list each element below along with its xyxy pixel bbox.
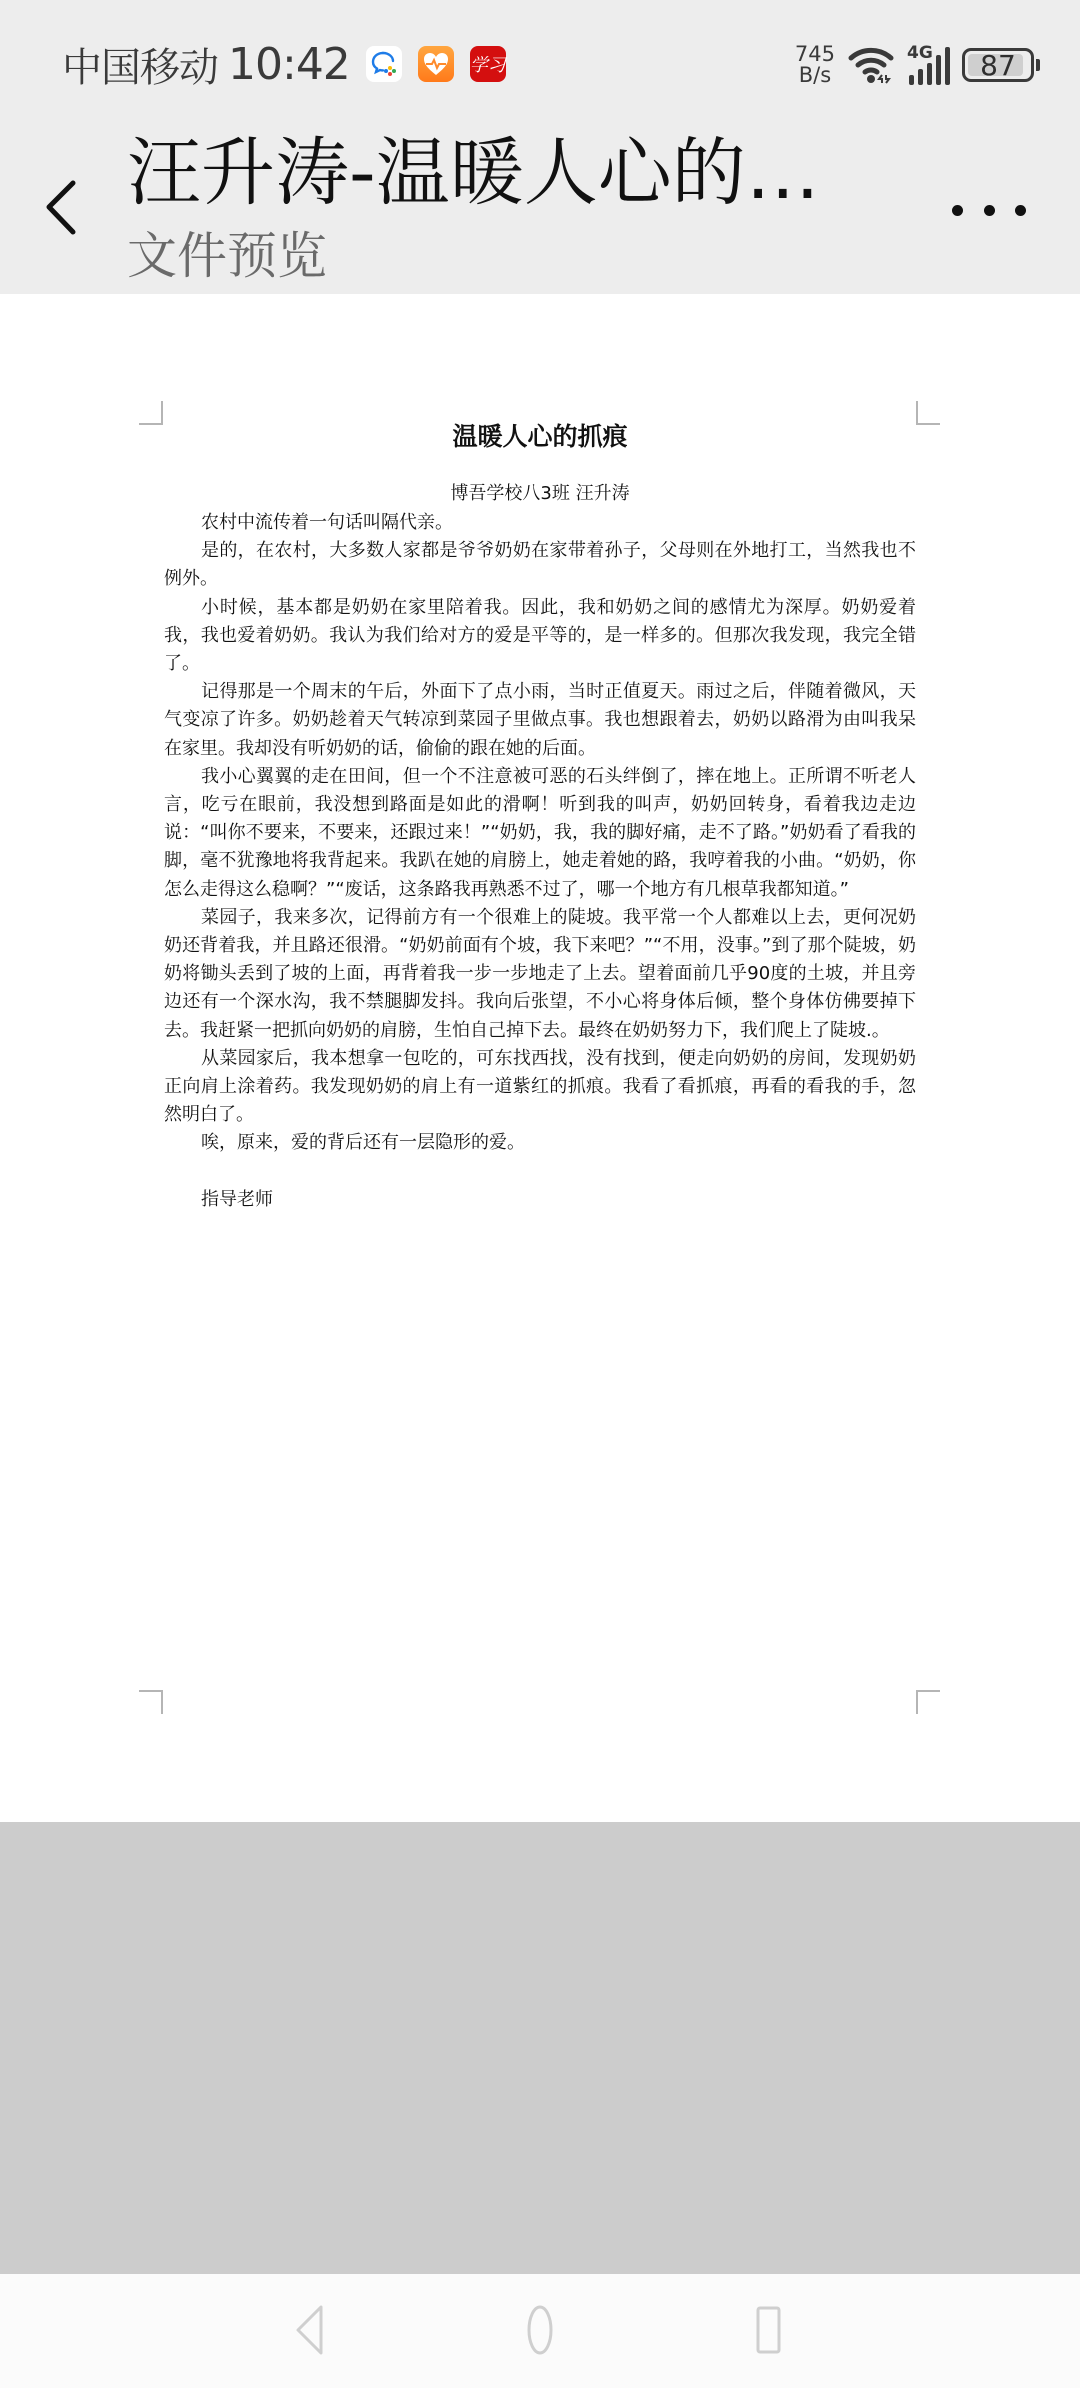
more-dot-icon	[984, 205, 995, 216]
paragraph: 从菜园家后，我本想拿一包吃的，可东找西找，没有找到，便走向奶奶的房间，发现奶奶正…	[164, 1045, 916, 1130]
cellular-signal-icon: 4G	[907, 45, 950, 85]
paragraph: 小时候，基本都是奶奶在家里陪着我。因此，我和奶奶之间的感情尤为深厚。奶奶爱着我，…	[164, 594, 916, 679]
system-navigation-bar	[0, 2274, 1080, 2388]
page-subtitle: 文件预览	[127, 226, 327, 286]
paragraph: 农村中流传着一句话叫隔代亲。	[164, 509, 916, 537]
signature: 指导老师	[164, 1186, 916, 1214]
paragraph: 菜园子，我来多次，记得前方有一个很难上的陡坡。我平常一个人都难以上去，更何况奶奶…	[164, 904, 916, 1045]
document-author: 博吾学校八3班 汪升涛	[164, 480, 916, 508]
more-options-button[interactable]	[952, 190, 1026, 230]
network-type: 4G	[907, 43, 933, 63]
back-button[interactable]	[36, 170, 92, 246]
document-body: 农村中流传着一句话叫隔代亲。 是的，在农村，大多数人家都是爷爷奶奶在家带着孙子，…	[164, 509, 916, 1214]
top-bar: 中国移动 10:42 学习 745 B/s	[0, 0, 1080, 294]
paragraph: 是的，在农村，大多数人家都是爷爷奶奶在家带着孙子，父母则在外地打工，当然我也不例…	[164, 537, 916, 593]
chevron-left-icon	[36, 170, 92, 246]
blank-line	[164, 1158, 916, 1186]
more-dot-icon	[1015, 205, 1026, 216]
nav-home-button[interactable]	[510, 2300, 570, 2360]
paragraph: 唉，原来，爱的背后还有一层隐形的爱。	[164, 1129, 916, 1157]
page-corner-mark	[139, 1690, 163, 1714]
page-title: 汪升涛-温暖人心的…	[127, 128, 820, 218]
status-bar-left: 中国移动 10:42 学习	[62, 36, 506, 92]
xuexi-icon: 学习	[470, 46, 506, 82]
paragraph: 我小心翼翼的走在田间，但一个不注意被可恶的石头绊倒了，摔在地上。正所谓不听老人言…	[164, 763, 916, 904]
circle-home-icon	[525, 2304, 555, 2356]
battery-level: 87	[980, 49, 1016, 82]
health-icon	[418, 46, 454, 82]
square-recents-icon	[754, 2304, 784, 2356]
paragraph: 记得那是一个周末的午后，外面下了点小雨，当时正值夏天。雨过之后，伴随着微风，天气…	[164, 678, 916, 763]
page-corner-mark	[916, 1690, 940, 1714]
triangle-back-icon	[295, 2304, 325, 2356]
battery-icon: 87	[962, 48, 1034, 82]
wecom-icon	[366, 46, 402, 82]
more-dot-icon	[952, 205, 963, 216]
battery-cap	[1036, 59, 1040, 71]
carrier-name: 中国移动	[62, 36, 218, 93]
network-speed: 745 B/s	[795, 44, 835, 86]
document-page[interactable]: 温暖人心的抓痕 博吾学校八3班 汪升涛 农村中流传着一句话叫隔代亲。 是的，在农…	[0, 294, 1080, 1822]
wifi-icon	[847, 45, 897, 85]
status-bar-right: 745 B/s 4G 87	[795, 38, 1040, 92]
nav-back-button[interactable]	[280, 2300, 340, 2360]
network-speed-unit: B/s	[799, 65, 831, 86]
clock: 10:42	[228, 39, 350, 90]
page-corner-mark	[916, 401, 940, 425]
nav-recents-button[interactable]	[739, 2300, 799, 2360]
page-corner-mark	[139, 401, 163, 425]
network-speed-value: 745	[795, 44, 835, 65]
document-title: 温暖人心的抓痕	[164, 420, 916, 454]
